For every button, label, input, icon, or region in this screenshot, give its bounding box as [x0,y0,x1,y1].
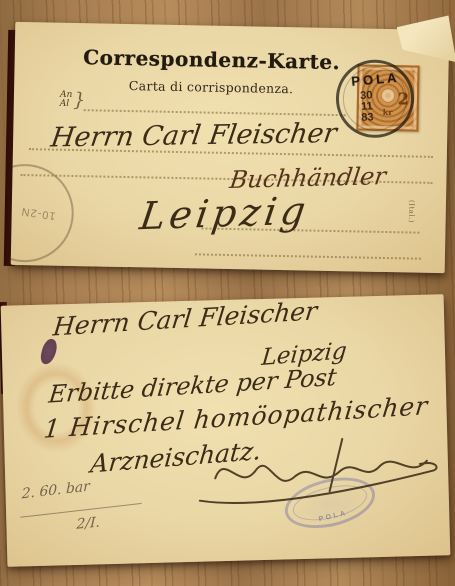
bottom-postcard-message-side: Herrn Carl Fleischer Leipzig Erbitte dir… [1,294,451,567]
addressee-prefix: An Al } [60,89,86,111]
address-line-3: Leipzig [137,188,312,238]
arrival-postmark: 10-2N [11,163,75,263]
wood-table-background: Correspondenz-Karte. Carta di corrispond… [0,0,455,586]
dotted-address-line [195,253,421,259]
addressee-prefix-it: Al [60,99,70,109]
addressee-brace: } [73,89,86,111]
pencil-price-note: 2. 60. bar [22,479,91,503]
dotted-address-line [84,109,346,116]
arrival-postmark-text: 10-2N [20,205,56,222]
language-imprint: (Ital.) [407,200,415,223]
address-line-1: Herrn Carl Fleischer [49,118,339,154]
message-line-1: Herrn Carl Fleischer [52,296,319,341]
pencil-date-note: 2/I. [76,514,100,532]
postmark-town: POLA [339,69,412,90]
postmark-date: 30 11 83 [360,90,374,124]
postmark-year: 83 [361,111,374,124]
top-postcard-address-side: Correspondenz-Karte. Carta di corrispond… [11,22,450,273]
